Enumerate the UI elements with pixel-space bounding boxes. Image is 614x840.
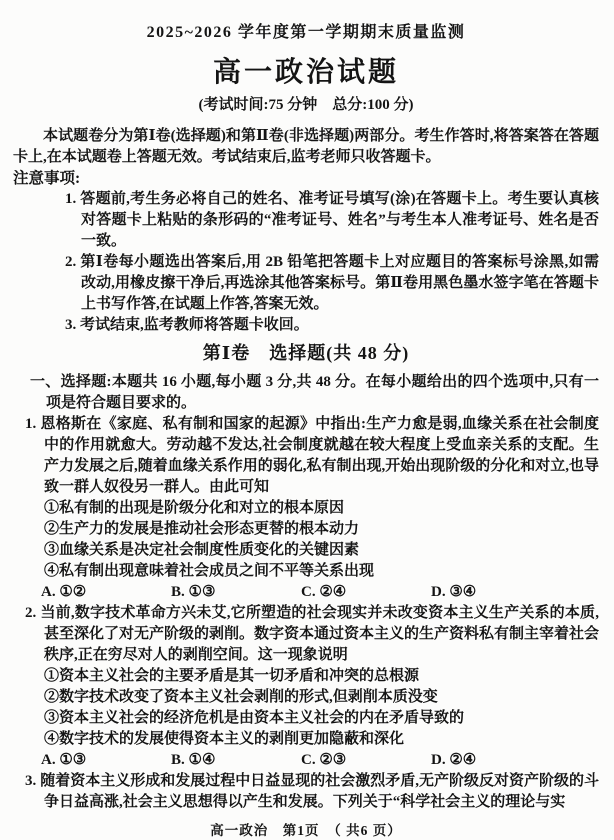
question-1-statement-3: ③血缘关系是决定社会制度性质变化的关键因素: [13, 540, 599, 561]
question-3-stem: 3.随着资本主义形成和发展过程中日益显现的社会激烈矛盾,无产阶级反对资产阶级的斗…: [13, 771, 599, 813]
page-footer: 高一政治 第1页 （ 共6 页）: [13, 820, 599, 840]
question-2-option-a: A. ①③: [41, 750, 171, 771]
question-2-option-d: D. ②④: [431, 750, 476, 771]
question-1-stem: 1.恩格斯在《家庭、私有制和国家的起源》中指出:生产力愈是弱,血缘关系在社会制度…: [13, 414, 599, 498]
question-2-text: 当前,数字技术革命方兴未艾,它所塑造的社会现实并未改变资本主义生产关系的本质,甚…: [40, 605, 599, 663]
notice-item-1: 1. 答题前,考生务必将自己的姓名、准考证号填写(涂)在答题卡上。考生要认真核对…: [13, 189, 599, 252]
exam-paper-page: 2025~2026 学年度第一学期期末质量监测 高一政治试题 (考试时间:75 …: [0, 0, 614, 840]
question-3-number: 3.: [25, 773, 40, 789]
question-1-statement-1: ①私有制的出现是阶级分化和对立的根本原因: [13, 498, 599, 519]
page-title: 高一政治试题: [13, 62, 599, 83]
question-1-text: 恩格斯在《家庭、私有制和国家的起源》中指出:生产力愈是弱,血缘关系在社会制度中的…: [40, 416, 599, 495]
question-2-option-b: B. ①④: [171, 750, 301, 771]
notice-title: 注意事项:: [13, 168, 599, 189]
question-2-options-row: A. ①③ B. ①④ C. ②③ D. ②④: [13, 750, 599, 771]
question-1-statement-4: ④私有制出现意味着社会成员之间不平等关系出现: [13, 561, 599, 582]
question-1-option-d: D. ③④: [431, 582, 476, 603]
question-1-statement-2: ②生产力的发展是推动社会形态更替的根本动力: [13, 519, 599, 540]
section-instruction: 一、选择题:本题共 16 小题,每小题 3 分,共 48 分。在每小题给出的四个…: [13, 372, 599, 414]
exam-time-score-info: (考试时间:75 分钟 总分:100 分): [13, 95, 599, 116]
question-2-number: 2.: [25, 605, 40, 621]
question-3-text: 随着资本主义形成和发展过程中日益显现的社会激烈矛盾,无产阶级反对资产阶级的斗争日…: [40, 773, 599, 810]
question-2-statement-2: ②数字技术改变了资本主义社会剥削的形式,但剥削本质没变: [13, 687, 599, 708]
intro-paragraph: 本试题卷分为第Ⅰ卷(选择题)和第Ⅱ卷(非选择题)两部分。考生作答时,将答案答在答…: [13, 126, 599, 168]
question-1-option-b: B. ①③: [171, 582, 301, 603]
question-2-statement-3: ③资本主义社会的经济危机是由资本主义社会的内在矛盾导致的: [13, 708, 599, 729]
question-2: 2.当前,数字技术革命方兴未艾,它所塑造的社会现实并未改变资本主义生产关系的本质…: [13, 603, 599, 771]
exam-session-heading: 2025~2026 学年度第一学期期末质量监测: [13, 22, 599, 43]
question-1: 1.恩格斯在《家庭、私有制和国家的起源》中指出:生产力愈是弱,血缘关系在社会制度…: [13, 414, 599, 603]
question-1-option-c: C. ②④: [301, 582, 431, 603]
question-2-statement-4: ④数字技术的发展使得资本主义的剥削更加隐蔽和深化: [13, 729, 599, 750]
question-2-stem: 2.当前,数字技术革命方兴未艾,它所塑造的社会现实并未改变资本主义生产关系的本质…: [13, 603, 599, 666]
question-2-statement-1: ①资本主义社会的主要矛盾是其一切矛盾和冲突的总根源: [13, 666, 599, 687]
question-2-option-c: C. ②③: [301, 750, 431, 771]
section-title: 第Ⅰ卷 选择题(共 48 分): [13, 343, 599, 364]
question-1-options-row: A. ①② B. ①③ C. ②④ D. ③④: [13, 582, 599, 603]
notice-item-2: 2. 第Ⅰ卷每小题选出答案后,用 2B 铅笔把答题卡上对应题目的答案标号涂黑,如…: [13, 252, 599, 315]
notice-item-3: 3. 考试结束,监考教师将答题卡收回。: [13, 315, 599, 336]
question-1-number: 1.: [25, 416, 40, 432]
question-3: 3.随着资本主义形成和发展过程中日益显现的社会激烈矛盾,无产阶级反对资产阶级的斗…: [13, 771, 599, 813]
question-1-option-a: A. ①②: [41, 582, 171, 603]
